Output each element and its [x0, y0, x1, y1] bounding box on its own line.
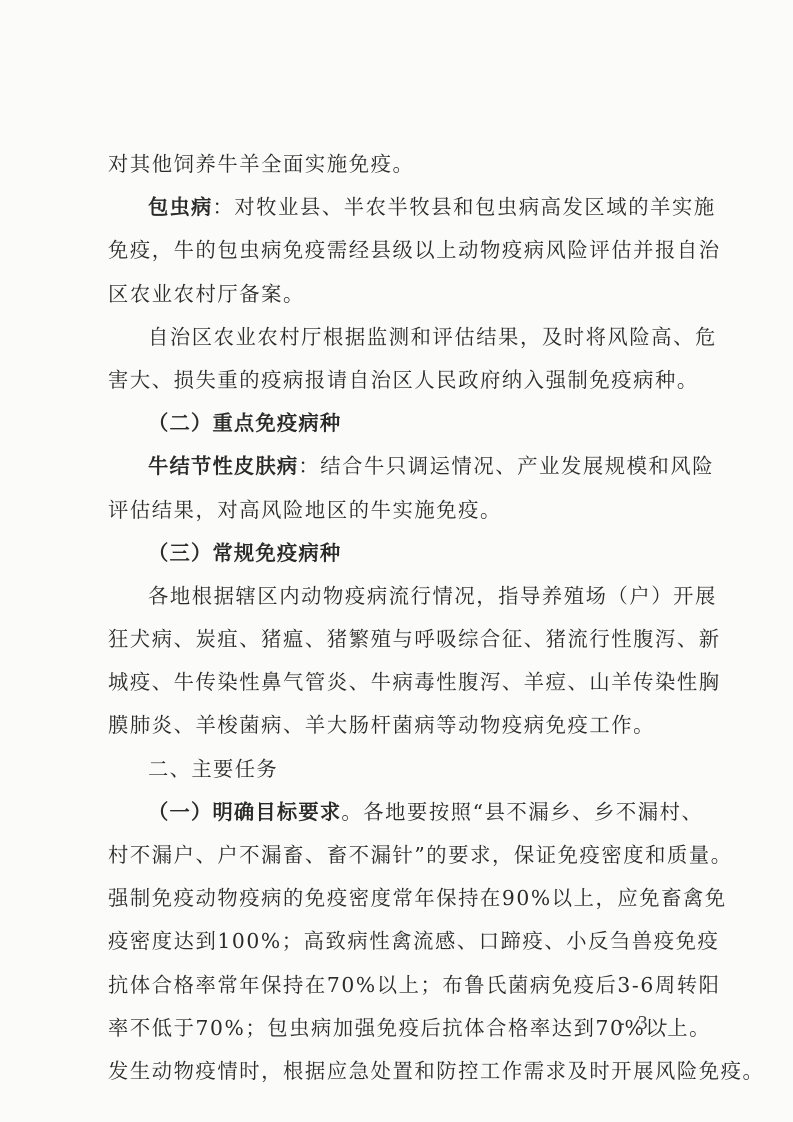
text-span: ：结合牛只调运情况、产业发展规模和风险	[298, 454, 714, 478]
bold-lead: 包虫病	[148, 195, 212, 219]
page-number: - 3 -	[618, 1012, 671, 1035]
text-line: 膜肺炎、羊梭菌病、羊大肠杆菌病等动物疫病免疫工作。	[108, 704, 692, 747]
text-line: 免疫，牛的包虫病免疫需经县级以上动物疫病风险评估并报自治	[108, 229, 692, 272]
text-line: 疫密度达到100%；高致病性禽流感、口蹄疫、小反刍兽疫免疫	[108, 920, 692, 963]
text-line: 狂犬病、炭疽、猪瘟、猪繁殖与呼吸综合征、猪流行性腹泻、新	[108, 618, 692, 661]
subheading: （二）重点免疫病种	[108, 402, 692, 445]
text-line: （一）明确目标要求。各地要按照“县不漏乡、乡不漏村、	[108, 791, 692, 834]
text-line: 评估结果，对高风险地区的牛实施免疫。	[108, 489, 692, 532]
text-line: 区农业农村厅备案。	[108, 273, 692, 316]
text-span: 。各地要按照“县不漏乡、乡不漏村、	[341, 800, 703, 824]
text-line: 城疫、牛传染性鼻气管炎、牛病毒性腹泻、羊痘、山羊传染性胸	[108, 661, 692, 704]
text-line: 对其他饲养牛羊全面实施免疫。	[108, 143, 692, 186]
text-line: 害大、损失重的疫病报请自治区人民政府纳入强制免疫病种。	[108, 359, 692, 402]
text-line: 各地根据辖区内动物疫病流行情况，指导养殖场（户）开展	[108, 575, 692, 618]
text-line: 率不低于70%；包虫病加强免疫后抗体合格率达到70%以上。	[108, 1007, 692, 1050]
text-line: 自治区农业农村厅根据监测和评估结果，及时将风险高、危	[108, 316, 692, 359]
text-line: 包虫病：对牧业县、半农半牧县和包虫病高发区域的羊实施	[108, 186, 692, 229]
text-line: 村不漏户、户不漏畜、畜不漏针”的要求，保证免疫密度和质量。	[108, 834, 692, 877]
bold-lead: （一）明确目标要求	[148, 800, 341, 824]
bold-lead: 牛结节性皮肤病	[148, 454, 298, 478]
text-line: 牛结节性皮肤病：结合牛只调运情况、产业发展规模和风险	[108, 445, 692, 488]
section-heading: 二、主要任务	[108, 748, 692, 791]
text-line: 抗体合格率常年保持在70%以上；布鲁氏菌病免疫后3-6周转阳	[108, 964, 692, 1007]
text-line: 强制免疫动物疫病的免疫密度常年保持在90%以上，应免畜禽免	[108, 877, 692, 920]
text-line: 发生动物疫情时，根据应急处置和防控工作需求及时开展风险免疫。	[108, 1050, 692, 1093]
text-span: ：对牧业县、半农半牧县和包虫病高发区域的羊实施	[212, 195, 715, 219]
subheading: （三）常规免疫病种	[108, 532, 692, 575]
document-body: 对其他饲养牛羊全面实施免疫。 包虫病：对牧业县、半农半牧县和包虫病高发区域的羊实…	[108, 143, 692, 1093]
